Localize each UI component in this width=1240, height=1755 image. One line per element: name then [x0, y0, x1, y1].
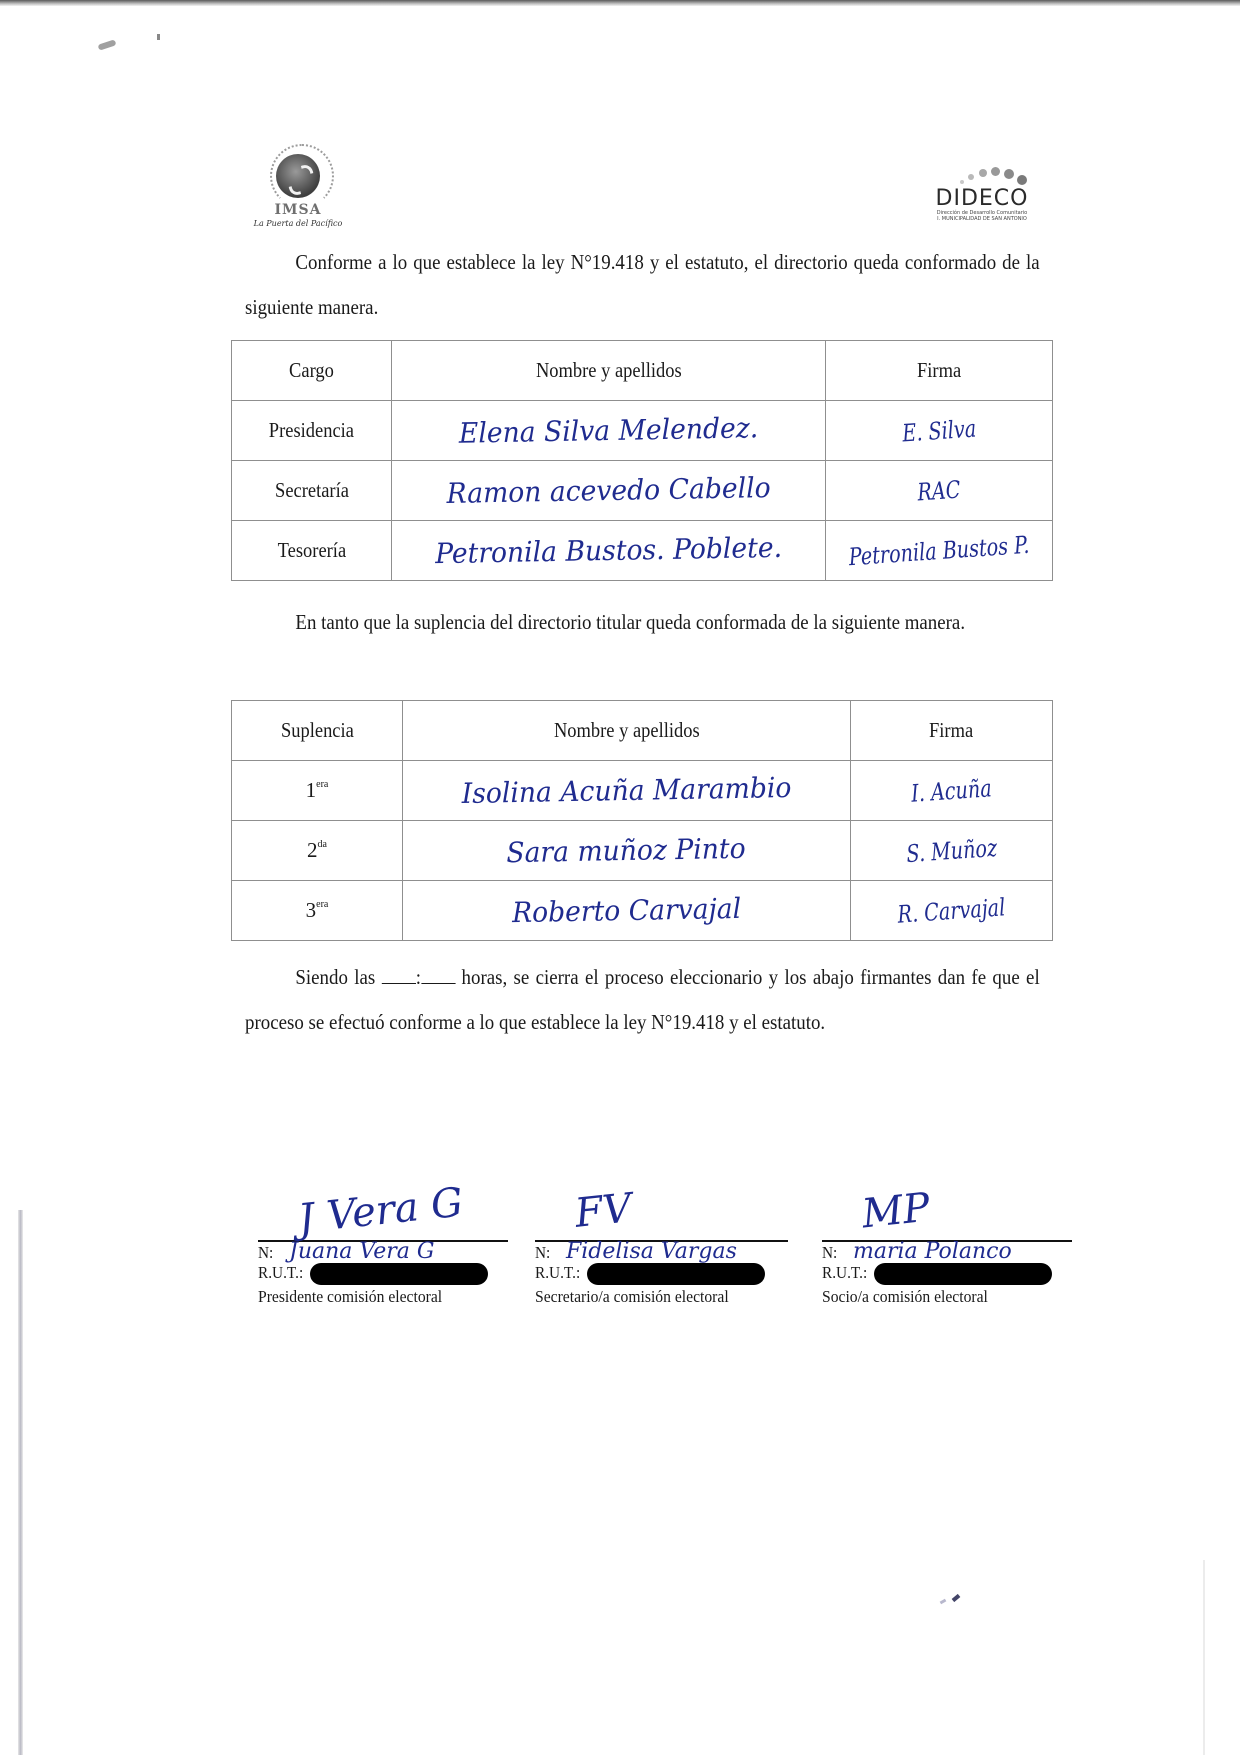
- signature: E. Silva: [901, 414, 977, 447]
- header-nombre: Nombre y apellidos: [391, 341, 825, 401]
- signature-cell: RAC: [826, 461, 1053, 521]
- table-header-row: Suplencia Nombre y apellidos Firma: [232, 701, 1053, 761]
- signature: R. Carvajal: [897, 893, 1007, 928]
- handwritten-name: Ramon acevedo Cabello: [446, 471, 771, 510]
- signature-area: MP: [822, 1160, 1072, 1240]
- cargo-cell: Secretaría: [232, 461, 392, 521]
- name-cell: Ramon acevedo Cabello: [391, 461, 825, 521]
- ordinal-cell: 1era: [232, 761, 403, 821]
- header-firma: Firma: [850, 701, 1052, 761]
- handwritten-name: Juana Vera G: [289, 1239, 434, 1264]
- signature: S. Muñoz: [905, 833, 997, 867]
- substitutes-paragraph: En tanto que la suplencia del directorio…: [245, 600, 1040, 645]
- handwritten-name: Fidelisa Vargas: [566, 1239, 737, 1264]
- signer-president: J Vera G N:Juana Vera G R.U.T.: Presiden…: [258, 1160, 508, 1307]
- name-cell: Petronila Bustos. Poblete.: [391, 521, 825, 581]
- ordinal-cell: 2da: [232, 821, 403, 881]
- name-cell: Roberto Carvajal: [403, 881, 851, 941]
- signature-area: J Vera G: [258, 1160, 508, 1240]
- scan-edge-left: [18, 1210, 23, 1755]
- signer-secretary: FV N:Fidelisa Vargas R.U.T.: Secretario/…: [535, 1160, 788, 1307]
- scan-speck: [98, 39, 117, 50]
- table-row: Presidencia Elena Silva Melendez. E. Sil…: [232, 401, 1053, 461]
- dideco-dots-icon: [926, 162, 1038, 188]
- handwritten-name: maria Polanco: [853, 1239, 1012, 1264]
- cargo-cell: Presidencia: [232, 401, 392, 461]
- handwritten-name: Isolina Acuña Marambio: [461, 771, 791, 810]
- handwritten-name: Elena Silva Melendez.: [459, 411, 759, 449]
- ink-speck: [940, 1599, 947, 1605]
- table-row: Secretaría Ramon acevedo Cabello RAC: [232, 461, 1053, 521]
- signature: RAC: [917, 475, 962, 506]
- dideco-logo-name: DIDECO: [926, 188, 1038, 210]
- header-suplencia: Suplencia: [232, 701, 403, 761]
- signature-cell: S. Muñoz: [850, 821, 1052, 881]
- imsa-logo-tagline: La Puerta del Pacífico: [248, 219, 348, 228]
- scan-edge-right: [1203, 1560, 1205, 1755]
- table-header-row: Cargo Nombre y apellidos Firma: [232, 341, 1053, 401]
- signature-cell: E. Silva: [826, 401, 1053, 461]
- signer-role: Presidente comisión electoral: [258, 1287, 488, 1307]
- handwritten-name: Roberto Carvajal: [512, 892, 742, 929]
- scan-edge-top: [0, 0, 1240, 6]
- ink-speck: [952, 1594, 961, 1602]
- intro-paragraph: Conforme a lo que establece la ley N°19.…: [245, 240, 1040, 330]
- board-table: Cargo Nombre y apellidos Firma Presidenc…: [231, 340, 1053, 581]
- imsa-emblem-icon: [276, 154, 320, 198]
- signature: FV: [573, 1185, 634, 1237]
- signer-role: Socio/a comisión electoral: [822, 1287, 1052, 1307]
- header-cargo: Cargo: [232, 341, 392, 401]
- signature-area: FV: [535, 1160, 788, 1240]
- redacted-rut: [874, 1263, 1052, 1285]
- substitutes-table: Suplencia Nombre y apellidos Firma 1era …: [231, 700, 1053, 941]
- ordinal-cell: 3era: [232, 881, 403, 941]
- table-row: Tesorería Petronila Bustos. Poblete. Pet…: [232, 521, 1053, 581]
- handwritten-name: Sara muñoz Pinto: [506, 832, 746, 869]
- cargo-cell: Tesorería: [232, 521, 392, 581]
- minute-blank: [421, 967, 455, 984]
- name-cell: Isolina Acuña Marambio: [403, 761, 851, 821]
- table-row: 2da Sara muñoz Pinto S. Muñoz: [232, 821, 1053, 881]
- signature-cell: I. Acuña: [850, 761, 1052, 821]
- redacted-rut: [310, 1263, 488, 1285]
- table-row: 1era Isolina Acuña Marambio I. Acuña: [232, 761, 1053, 821]
- redacted-rut: [587, 1263, 765, 1285]
- hour-blank: [382, 967, 416, 984]
- dideco-logo: DIDECO Dirección de Desarrollo Comunitar…: [926, 162, 1038, 232]
- signature: Petronila Bustos P.: [848, 530, 1030, 571]
- signer-member: MP N:maria Polanco R.U.T.: Socio/a comis…: [822, 1160, 1072, 1307]
- name-cell: Elena Silva Melendez.: [391, 401, 825, 461]
- name-cell: Sara muñoz Pinto: [403, 821, 851, 881]
- signature: I. Acuña: [910, 774, 992, 808]
- signer-role: Secretario/a comisión electoral: [535, 1287, 768, 1307]
- table-row: 3era Roberto Carvajal R. Carvajal: [232, 881, 1053, 941]
- header-firma: Firma: [826, 341, 1053, 401]
- closing-paragraph: Siendo las : horas, se cierra el proceso…: [245, 955, 1040, 1045]
- signature: J Vera G: [296, 1179, 465, 1242]
- header-nombre: Nombre y apellidos: [403, 701, 851, 761]
- dideco-logo-municipality: I. MUNICIPALIDAD DE SAN ANTONIO: [926, 216, 1038, 222]
- imsa-logo: IMSA La Puerta del Pacífico: [248, 142, 348, 234]
- scan-speck: [157, 34, 160, 40]
- signature: MP: [860, 1185, 932, 1238]
- signature-cell: Petronila Bustos P.: [826, 521, 1053, 581]
- handwritten-name: Petronila Bustos. Poblete.: [435, 531, 782, 570]
- signature-cell: R. Carvajal: [850, 881, 1052, 941]
